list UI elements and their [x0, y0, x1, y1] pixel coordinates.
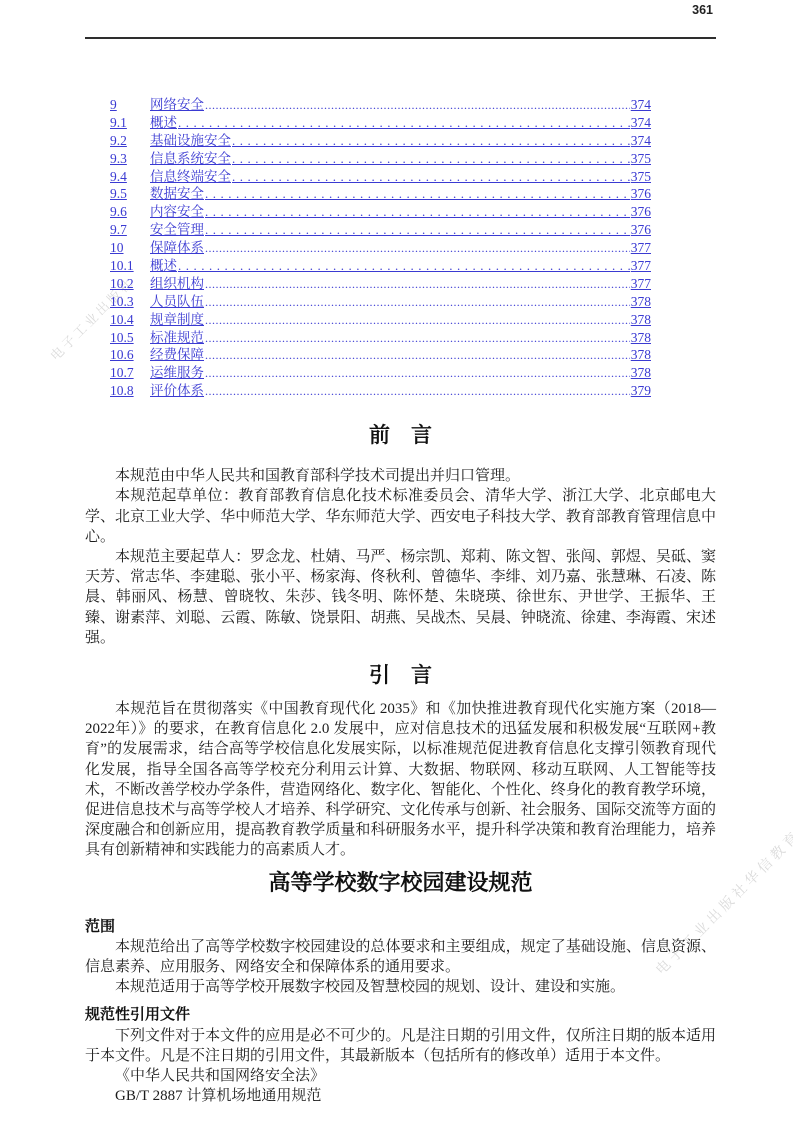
toc-item-number: 10	[110, 239, 150, 257]
introduction-title: 引 言	[85, 662, 716, 690]
toc-item-number: 9.2	[110, 132, 150, 150]
preface-paragraph-drafting-units: 本规范起草单位：教育部教育信息化技术标准委员会、清华大学、浙江大学、北京邮电大学…	[85, 486, 716, 547]
toc-item-title: 信息终端安全	[150, 168, 231, 186]
toc-item-title: 保障体系	[150, 239, 204, 257]
preface-paragraph-issuer: 本规范由中华人民共和国教育部科学技术司提出并归口管理。	[85, 466, 716, 486]
toc-leader-dots	[205, 311, 630, 330]
toc-item-page: 379	[631, 382, 651, 400]
toc-item-title: 基础设施安全	[150, 132, 231, 150]
toc-item[interactable]: 9.6内容安全376	[110, 203, 651, 221]
scope-paragraph-1: 本规范给出了高等学校数字校园建设的总体要求和主要组成，规定了基础设施、信息资源、…	[85, 937, 716, 977]
toc-leader-dots	[178, 114, 630, 132]
toc-item-page: 375	[631, 168, 651, 186]
toc-item-number: 10.7	[110, 364, 150, 382]
toc-leader-dots	[205, 275, 630, 294]
scope-paragraph-2: 本规范适用于高等学校开展数字校园及智慧校园的规划、设计、建设和实施。	[85, 977, 716, 997]
toc-item-number: 9.7	[110, 221, 150, 239]
toc-item-title: 概述	[150, 114, 177, 132]
toc-leader-dots	[232, 132, 630, 150]
scope-heading: 范围	[85, 917, 716, 937]
toc-item-page: 378	[631, 293, 651, 311]
toc-item-page: 378	[631, 311, 651, 329]
toc-item-page: 374	[631, 114, 651, 132]
toc-item[interactable]: 9.7安全管理376	[110, 221, 651, 239]
toc-item[interactable]: 10.7运维服务378	[110, 364, 651, 382]
toc-item-page: 376	[631, 221, 651, 239]
toc-item-number: 10.5	[110, 329, 150, 347]
toc-item-title: 人员队伍	[150, 293, 204, 311]
toc-leader-dots	[205, 346, 630, 365]
toc-item-number: 10.8	[110, 382, 150, 400]
toc-item-page: 378	[631, 364, 651, 382]
toc-item-page: 378	[631, 346, 651, 364]
toc-item-number: 10.2	[110, 275, 150, 293]
toc-item[interactable]: 10.8评价体系379	[110, 382, 651, 400]
toc-item-title: 概述	[150, 257, 177, 275]
toc-list: 9网络安全3749.1概述3749.2基础设施安全3749.3信息系统安全375…	[110, 96, 651, 400]
preface-paragraph-drafters: 本规范主要起草人：罗念龙、杜婧、马严、杨宗凯、郑莉、陈文智、张闯、郭煜、吴砥、窦…	[85, 547, 716, 648]
page-content: 9网络安全3749.1概述3749.2基础设施安全3749.3信息系统安全375…	[85, 96, 716, 1106]
toc-item[interactable]: 9.5数据安全376	[110, 185, 651, 203]
toc-item-number: 9.6	[110, 203, 150, 221]
toc-item-title: 组织机构	[150, 275, 204, 293]
toc-item[interactable]: 10.4规章制度378	[110, 311, 651, 329]
toc-item-title: 运维服务	[150, 364, 204, 382]
toc-item[interactable]: 9.1概述374	[110, 114, 651, 132]
document-page: 361 电子工业出版社 电子工业出版社华信教育研究所 9网络安全3749.1概述…	[0, 0, 793, 1122]
toc-item-number: 9.3	[110, 150, 150, 168]
toc-item-title: 内容安全	[150, 203, 204, 221]
toc-item-number: 9.4	[110, 168, 150, 186]
toc-item-page: 375	[631, 150, 651, 168]
toc-item-number: 10.3	[110, 293, 150, 311]
toc-item-title: 安全管理	[150, 221, 204, 239]
toc-item[interactable]: 9.4信息终端安全375	[110, 168, 651, 186]
toc-item[interactable]: 9.2基础设施安全374	[110, 132, 651, 150]
toc-item-title: 规章制度	[150, 311, 204, 329]
normative-references-heading: 规范性引用文件	[85, 1005, 716, 1025]
toc-leader-dots	[232, 168, 630, 186]
toc-leader-dots	[205, 293, 630, 312]
toc-item[interactable]: 10.5标准规范378	[110, 329, 651, 347]
toc-item-page: 374	[631, 132, 651, 150]
normative-reference-item: 《中华人民共和国网络安全法》	[85, 1066, 716, 1086]
standard-title: 高等学校数字校园建设规范	[85, 869, 716, 897]
toc-item-page: 377	[631, 239, 651, 257]
toc-item[interactable]: 10.6经费保障378	[110, 346, 651, 364]
toc-item-page: 376	[631, 185, 651, 203]
toc-item-page: 377	[631, 275, 651, 293]
normative-references-list: 《中华人民共和国网络安全法》GB/T 2887 计算机场地通用规范	[85, 1066, 716, 1106]
toc-item-page: 378	[631, 329, 651, 347]
normative-reference-item: GB/T 2887 计算机场地通用规范	[85, 1086, 716, 1106]
introduction-paragraph: 本规范旨在贯彻落实《中国教育现代化 2035》和《加快推进教育现代化实施方案（2…	[85, 699, 716, 861]
toc-item[interactable]: 10保障体系377	[110, 239, 651, 257]
toc-leader-dots	[205, 364, 630, 383]
toc-leader-dots	[205, 203, 630, 221]
normative-references-paragraph: 下列文件对于本文件的应用是必不可少的。凡是注日期的引用文件，仅所注日期的版本适用…	[85, 1026, 716, 1066]
toc-item-title: 经费保障	[150, 346, 204, 364]
toc-leader-dots	[232, 150, 630, 168]
toc-item-number: 9.5	[110, 185, 150, 203]
toc-leader-dots	[205, 329, 630, 348]
toc-item-number: 10.6	[110, 346, 150, 364]
toc-item[interactable]: 10.2组织机构377	[110, 275, 651, 293]
toc-leader-dots	[205, 239, 630, 258]
toc-item-page: 376	[631, 203, 651, 221]
toc-item-number: 9	[110, 96, 150, 114]
toc-item-title: 标准规范	[150, 329, 204, 347]
toc-item[interactable]: 9网络安全374	[110, 96, 651, 114]
page-number: 361	[692, 3, 713, 17]
toc-leader-dots	[205, 96, 630, 115]
toc-item-number: 10.1	[110, 257, 150, 275]
toc-item[interactable]: 10.1概述377	[110, 257, 651, 275]
toc-item-page: 377	[631, 257, 651, 275]
toc-item[interactable]: 10.3人员队伍378	[110, 293, 651, 311]
toc-leader-dots	[178, 257, 630, 275]
toc-item-title: 数据安全	[150, 185, 204, 203]
toc-item[interactable]: 9.3信息系统安全375	[110, 150, 651, 168]
toc-leader-dots	[205, 221, 630, 239]
toc-item-title: 评价体系	[150, 382, 204, 400]
toc-leader-dots	[205, 185, 630, 203]
toc-item-number: 10.4	[110, 311, 150, 329]
toc-item-title: 网络安全	[150, 96, 204, 114]
toc-item-number: 9.1	[110, 114, 150, 132]
toc-item-page: 374	[631, 96, 651, 114]
toc-leader-dots	[205, 382, 630, 401]
preface-title: 前 言	[85, 422, 716, 450]
toc-item-title: 信息系统安全	[150, 150, 231, 168]
header-rule	[85, 37, 716, 39]
